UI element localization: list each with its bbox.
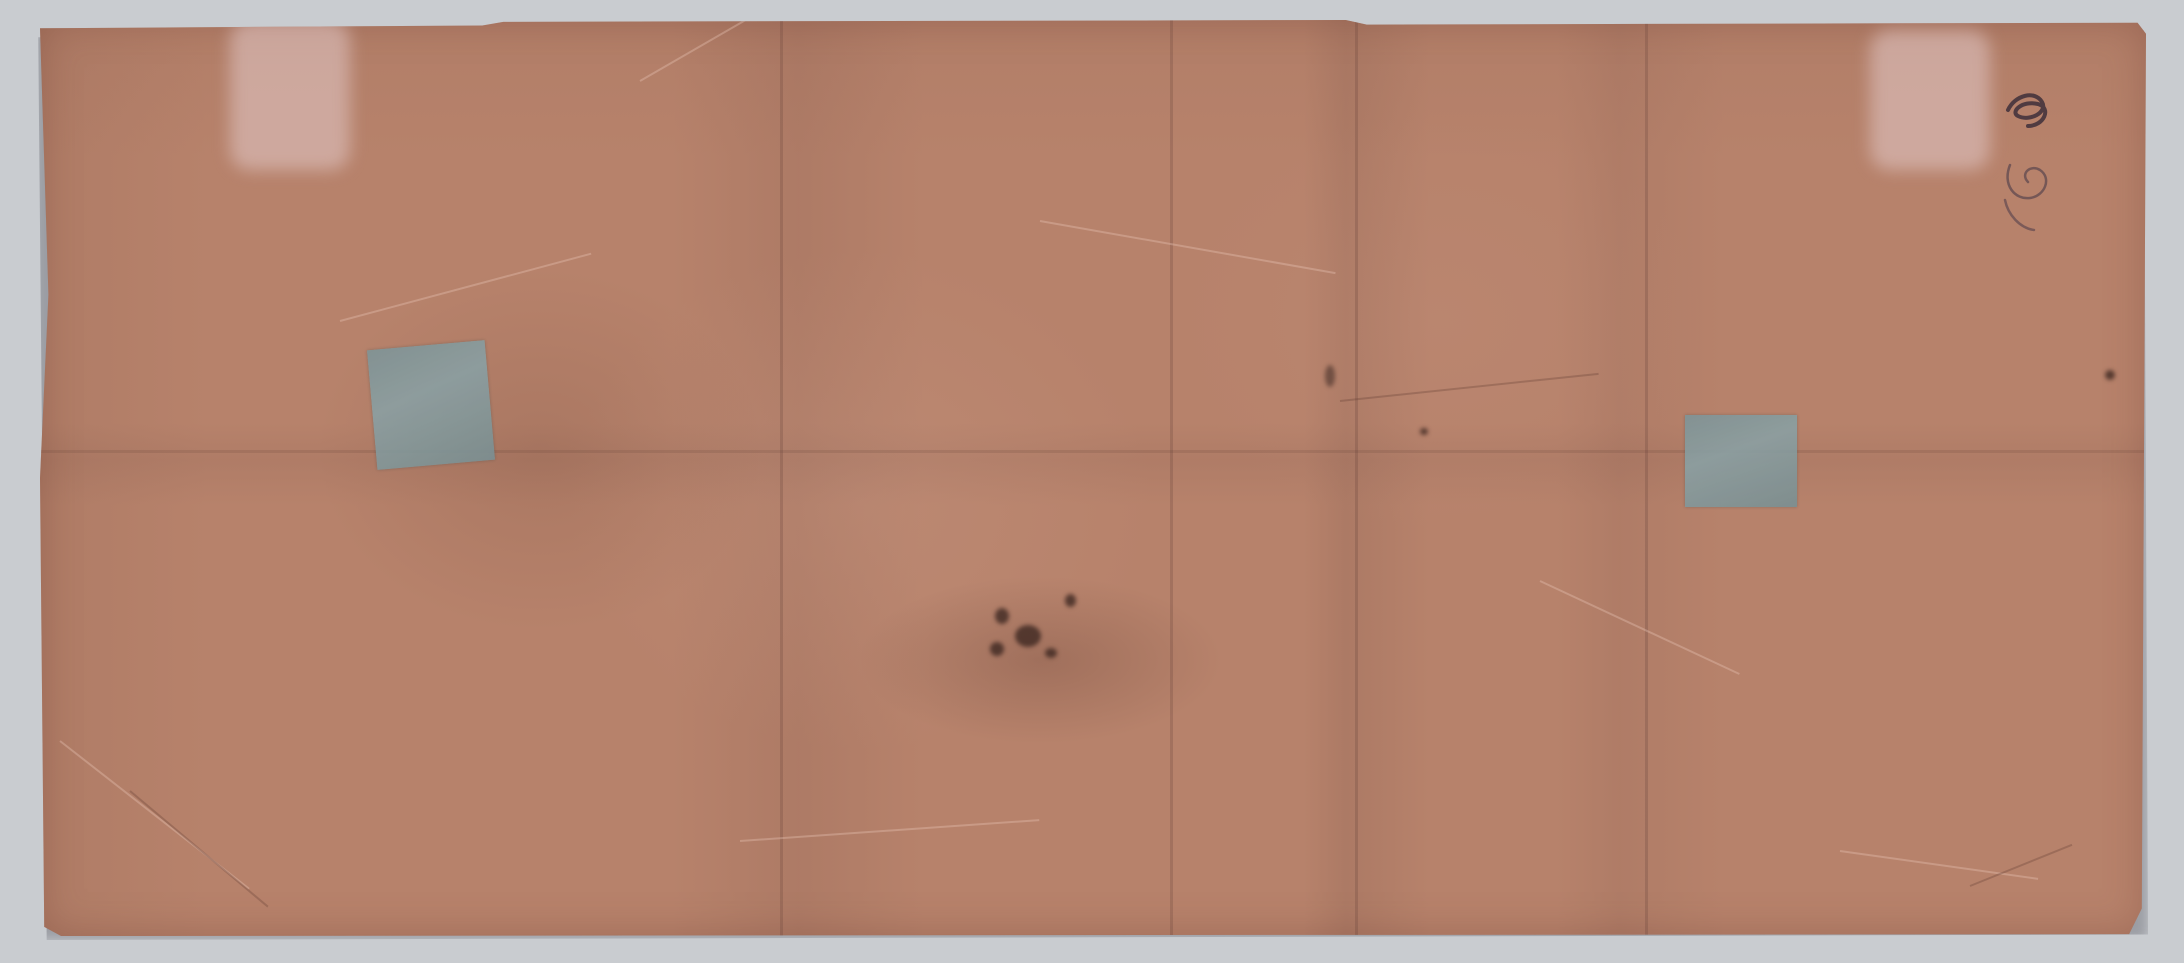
stain-spot bbox=[1420, 428, 1428, 435]
vertical-fold-line bbox=[780, 20, 783, 936]
crease bbox=[740, 819, 1039, 842]
crease bbox=[129, 790, 268, 907]
banknote-back bbox=[40, 20, 2146, 936]
crease bbox=[1040, 220, 1336, 274]
tape-remnant-left bbox=[367, 340, 495, 470]
stain-spot bbox=[1065, 594, 1076, 607]
stain-spot bbox=[2105, 370, 2115, 380]
crease bbox=[640, 0, 780, 82]
crease bbox=[1970, 844, 2073, 887]
handwritten-mark-icon bbox=[1960, 50, 2100, 240]
horizontal-fold-line bbox=[40, 450, 2146, 453]
stain-spot bbox=[1325, 365, 1335, 387]
crease bbox=[1840, 850, 2038, 880]
tape-remnant-right bbox=[1685, 415, 1797, 507]
stain-spot bbox=[995, 608, 1009, 624]
scene-background: Reverse side of an aged paper banknote f… bbox=[0, 0, 2184, 963]
vertical-fold-line bbox=[1170, 20, 1173, 936]
faded-patch-top-left bbox=[230, 20, 350, 170]
crease bbox=[1340, 373, 1599, 402]
stain-spot bbox=[990, 642, 1004, 656]
crease bbox=[340, 253, 592, 322]
crease bbox=[1540, 580, 1740, 675]
vertical-fold-line bbox=[1355, 20, 1358, 936]
stain-spot bbox=[1045, 648, 1057, 658]
vertical-fold-line bbox=[1645, 20, 1648, 936]
stain-spot bbox=[1015, 625, 1041, 647]
